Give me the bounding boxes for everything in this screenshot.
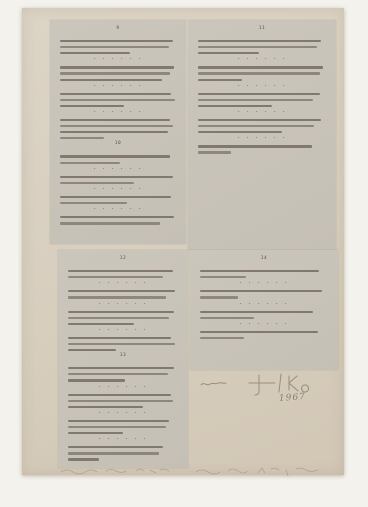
typed-text-line — [200, 337, 244, 339]
typed-text-line — [60, 125, 173, 127]
typed-text-line — [198, 131, 282, 133]
typed-text-line — [68, 400, 173, 402]
section-number: 14 — [200, 256, 328, 261]
typed-text-line — [200, 317, 254, 319]
typed-paragraph — [68, 394, 178, 408]
pencil-inscription-right-strokes — [182, 464, 334, 478]
typed-text-line — [60, 105, 124, 107]
typed-text-line — [198, 72, 320, 74]
typed-paragraph — [198, 66, 326, 80]
typed-text-line — [198, 46, 317, 48]
typed-paragraph — [60, 176, 176, 184]
typed-text-line — [60, 176, 173, 178]
typed-text-line — [200, 331, 318, 333]
typed-text-line — [68, 337, 171, 339]
typed-text-line — [68, 276, 163, 278]
typed-paragraph — [68, 311, 178, 325]
paper-sheet: 9. . . . . .. . . . . .. . . . . .10. . … — [22, 8, 344, 475]
typed-text-line — [60, 222, 160, 224]
paragraph-separator: . . . . . . — [60, 83, 176, 88]
typed-text-line — [60, 137, 104, 139]
section-number: 13 — [68, 353, 178, 358]
typed-paragraph — [198, 93, 326, 107]
pencil-inscription-left-strokes — [58, 464, 174, 478]
typed-text-line — [198, 125, 314, 127]
paragraph-separator: . . . . . . — [200, 321, 328, 326]
typed-text-line — [60, 40, 173, 42]
typed-paragraph — [60, 119, 176, 139]
typed-text-line — [68, 349, 116, 351]
typed-paragraph — [68, 367, 178, 381]
typed-text-line — [68, 290, 175, 292]
typed-text-line — [60, 72, 170, 74]
typed-text-line — [68, 394, 171, 396]
typed-paragraph — [60, 196, 176, 204]
typed-paragraph — [68, 420, 178, 434]
typed-text-line — [198, 105, 272, 107]
typed-text-line — [60, 182, 134, 184]
typed-text-line — [60, 216, 174, 218]
typed-paragraph — [60, 155, 176, 163]
typed-text-line — [198, 93, 320, 95]
section-number: 10 — [60, 141, 176, 146]
paragraph-separator: . . . . . . — [68, 301, 178, 306]
typed-text-line — [68, 311, 174, 313]
typed-text-line — [60, 99, 175, 101]
typed-text-line — [60, 162, 120, 164]
typed-paragraph — [198, 119, 326, 133]
typed-paragraph — [198, 145, 326, 153]
typed-paragraph — [68, 290, 178, 298]
paragraph-separator: . . . . . . — [60, 109, 176, 114]
paragraph-separator: . . . . . . — [198, 56, 326, 61]
signature-word-stroke — [201, 383, 226, 385]
scanned-artwork: 9. . . . . .. . . . . .. . . . . .10. . … — [0, 0, 368, 507]
typed-text-line — [68, 426, 166, 428]
typed-paragraph — [200, 290, 328, 298]
typed-text-line — [200, 290, 322, 292]
typed-text-line — [198, 151, 231, 153]
typed-text-line — [200, 276, 246, 278]
paragraph-separator: . . . . . . — [68, 436, 178, 441]
typed-panel-bottom-left: 12. . . . . .. . . . . .. . . . . .13. .… — [58, 250, 188, 468]
typed-panel-bottom-right: 14. . . . . .. . . . . .. . . . . . — [190, 250, 338, 370]
typed-text-line — [60, 119, 170, 121]
typed-text-line — [198, 99, 313, 101]
typed-paragraph — [198, 40, 326, 54]
section-number: 11 — [198, 26, 326, 31]
typed-text-line — [198, 66, 323, 68]
typed-text-line — [200, 270, 319, 272]
typed-text-line — [60, 79, 162, 81]
typed-text-line — [68, 343, 175, 345]
paragraph-separator: . . . . . . — [60, 186, 176, 191]
typed-text-line — [198, 52, 259, 54]
typed-text-line — [60, 202, 127, 204]
typed-text-line — [198, 119, 321, 121]
typed-text-line — [68, 323, 134, 325]
typed-panel-top-right: 11. . . . . .. . . . . .. . . . . .. . .… — [188, 20, 336, 250]
typed-text-line — [60, 196, 171, 198]
section-number: 12 — [68, 256, 178, 261]
typed-paragraph — [60, 93, 176, 107]
section-number: 9 — [60, 26, 176, 31]
paragraph-separator: . . . . . . — [68, 410, 178, 415]
typed-paragraph — [200, 270, 328, 278]
typed-text-line — [60, 131, 168, 133]
typed-text-line — [60, 52, 130, 54]
typed-text-line — [68, 373, 168, 375]
signature-handwriting — [197, 363, 337, 415]
typed-paragraph — [68, 446, 178, 460]
typed-text-line — [68, 317, 169, 319]
signature-date: 1967 — [279, 392, 307, 404]
typed-text-line — [68, 296, 166, 298]
typed-paragraph — [68, 270, 178, 278]
pencil-inscription-left — [58, 463, 174, 477]
paragraph-separator: . . . . . . — [198, 135, 326, 140]
paragraph-separator: . . . . . . — [198, 83, 326, 88]
typed-text-line — [60, 155, 170, 157]
typed-text-line — [68, 367, 174, 369]
artist-signature: 1967 — [197, 363, 337, 415]
typed-paragraph — [60, 66, 176, 80]
typed-paragraph — [60, 216, 176, 224]
typed-text-line — [68, 270, 173, 272]
paragraph-separator: . . . . . . — [68, 327, 178, 332]
paragraph-separator: . . . . . . — [68, 280, 178, 285]
paragraph-separator: . . . . . . — [200, 301, 328, 306]
typed-paragraph — [68, 337, 178, 351]
pencil-inscription-right — [182, 463, 334, 477]
paragraph-separator: . . . . . . — [60, 166, 176, 171]
paragraph-separator: . . . . . . — [60, 56, 176, 61]
typed-text-line — [198, 79, 242, 81]
typed-paragraph — [200, 331, 328, 339]
paragraph-separator: . . . . . . — [60, 206, 176, 211]
typed-text-line — [198, 145, 312, 147]
typed-text-line — [60, 46, 169, 48]
typed-text-line — [60, 93, 171, 95]
typed-panel-top-left: 9. . . . . .. . . . . .. . . . . .10. . … — [50, 20, 186, 244]
typed-text-line — [198, 40, 321, 42]
typed-text-line — [200, 311, 313, 313]
typed-paragraph — [60, 40, 176, 54]
typed-text-line — [68, 446, 163, 448]
paragraph-separator: . . . . . . — [68, 384, 178, 389]
typed-text-line — [60, 66, 174, 68]
typed-text-line — [68, 452, 159, 454]
typed-text-line — [68, 432, 123, 434]
paragraph-separator: . . . . . . — [198, 109, 326, 114]
typed-text-line — [68, 406, 143, 408]
typed-text-line — [68, 420, 169, 422]
paragraph-separator: . . . . . . — [200, 280, 328, 285]
typed-paragraph — [200, 311, 328, 319]
typed-text-line — [68, 458, 99, 460]
typed-text-line — [68, 379, 125, 381]
typed-text-line — [200, 296, 238, 298]
